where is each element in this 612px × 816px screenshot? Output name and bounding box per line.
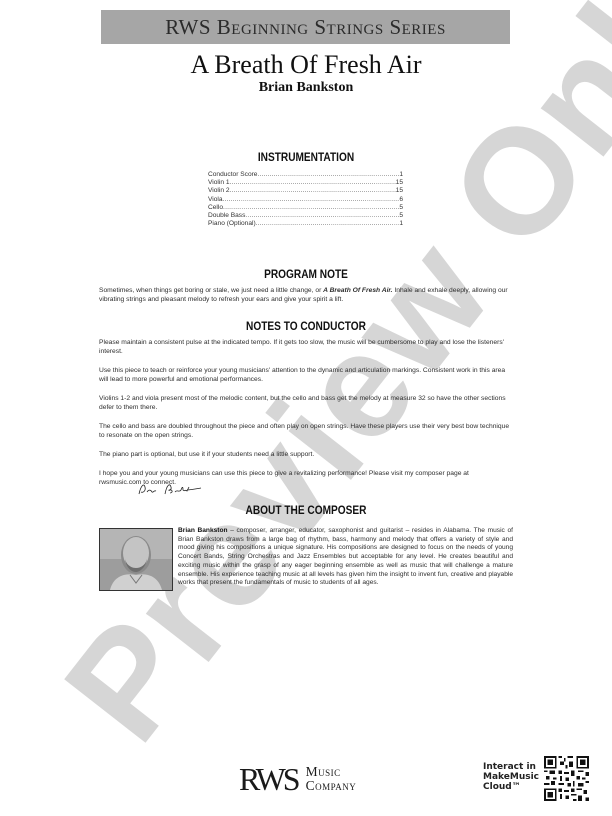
instrument-quantity: 1 (399, 171, 403, 179)
rws-logo-text: Music Company (306, 765, 357, 793)
dot-leader (230, 179, 396, 187)
instrumentation-item: Double Bass5 (208, 212, 403, 220)
program-note-title-emphasis: A Breath Of Fresh Air. (323, 287, 392, 294)
dot-leader (257, 171, 399, 179)
instrument-name: Cello (208, 204, 223, 212)
series-banner: RWS Beginning Strings Series (101, 10, 510, 44)
instrumentation-item: Violin 215 (208, 187, 403, 195)
program-note-text-start: Sometimes, when things get boring or sta… (99, 287, 323, 294)
makemusic-line2: MakeMusic (483, 772, 539, 782)
instrument-quantity: 5 (399, 204, 403, 212)
rws-logo-line2: Company (306, 779, 357, 793)
instrumentation-item: Cello5 (208, 204, 403, 212)
instrument-name: Viola (208, 196, 223, 204)
piece-title: A Breath Of Fresh Air (0, 50, 612, 80)
dot-leader (245, 212, 399, 220)
makemusic-line3: Cloud™ (483, 782, 539, 792)
instrument-name: Piano (Optional) (208, 220, 256, 228)
instrument-quantity: 5 (399, 212, 403, 220)
instrument-name: Violin 2 (208, 187, 230, 195)
instrument-name: Double Bass (208, 212, 245, 220)
composer-photo (99, 528, 173, 591)
program-note-heading: PROGRAM NOTE (37, 269, 576, 281)
instrument-name: Conductor Score (208, 171, 257, 179)
program-note-text: Sometimes, when things get boring or sta… (99, 286, 513, 305)
conductor-note-3: Violins 1-2 and viola present most of th… (99, 394, 513, 413)
instrumentation-item: Piano (Optional)1 (208, 220, 403, 228)
instrumentation-item: Viola6 (208, 196, 403, 204)
about-composer-heading: ABOUT THE COMPOSER (37, 505, 576, 517)
composer-bio-text: – composer, arranger, educator, saxophon… (178, 527, 513, 586)
makemusic-line1: Interact in (483, 762, 539, 772)
instrument-quantity: 15 (396, 187, 403, 195)
rws-logo-line1: Music (306, 765, 357, 779)
instrument-quantity: 6 (399, 196, 403, 204)
instrumentation-list: Conductor Score1Violin 115Violin 215Viol… (208, 171, 403, 228)
instrument-quantity: 15 (396, 179, 403, 187)
conductor-note-4: The cello and bass are doubled throughou… (99, 422, 513, 441)
dot-leader (223, 204, 399, 212)
score-page: Preview Only RWS Beginning Strings Serie… (0, 0, 612, 816)
conductor-note-1: Please maintain a consistent pulse at th… (99, 338, 513, 357)
conductor-note-5: The piano part is optional, but use it i… (99, 450, 513, 459)
instrument-name: Violin 1 (208, 179, 230, 187)
composer-bio-name: Brian Bankston (178, 527, 228, 534)
makemusic-cloud-label: Interact in MakeMusic Cloud™ (483, 762, 539, 792)
instrumentation-item: Violin 115 (208, 179, 403, 187)
notes-to-conductor-heading: NOTES TO CONDUCTOR (37, 321, 576, 333)
dot-leader (230, 187, 396, 195)
qr-code-icon[interactable] (544, 756, 589, 801)
composer-signature (135, 481, 205, 497)
composer-name: Brian Bankston (0, 80, 612, 96)
composer-bio: Brian Bankston – composer, arranger, edu… (178, 527, 513, 588)
rws-music-company-logo: RWS Music Company (239, 757, 379, 801)
series-title: RWS Beginning Strings Series (165, 15, 446, 40)
dot-leader (223, 196, 400, 204)
dot-leader (256, 220, 400, 228)
instrumentation-item: Conductor Score1 (208, 171, 403, 179)
instrumentation-heading: INSTRUMENTATION (37, 152, 576, 164)
conductor-note-2: Use this piece to teach or reinforce you… (99, 366, 513, 385)
rws-logo-mark: RWS (239, 761, 298, 798)
instrument-quantity: 1 (399, 220, 403, 228)
